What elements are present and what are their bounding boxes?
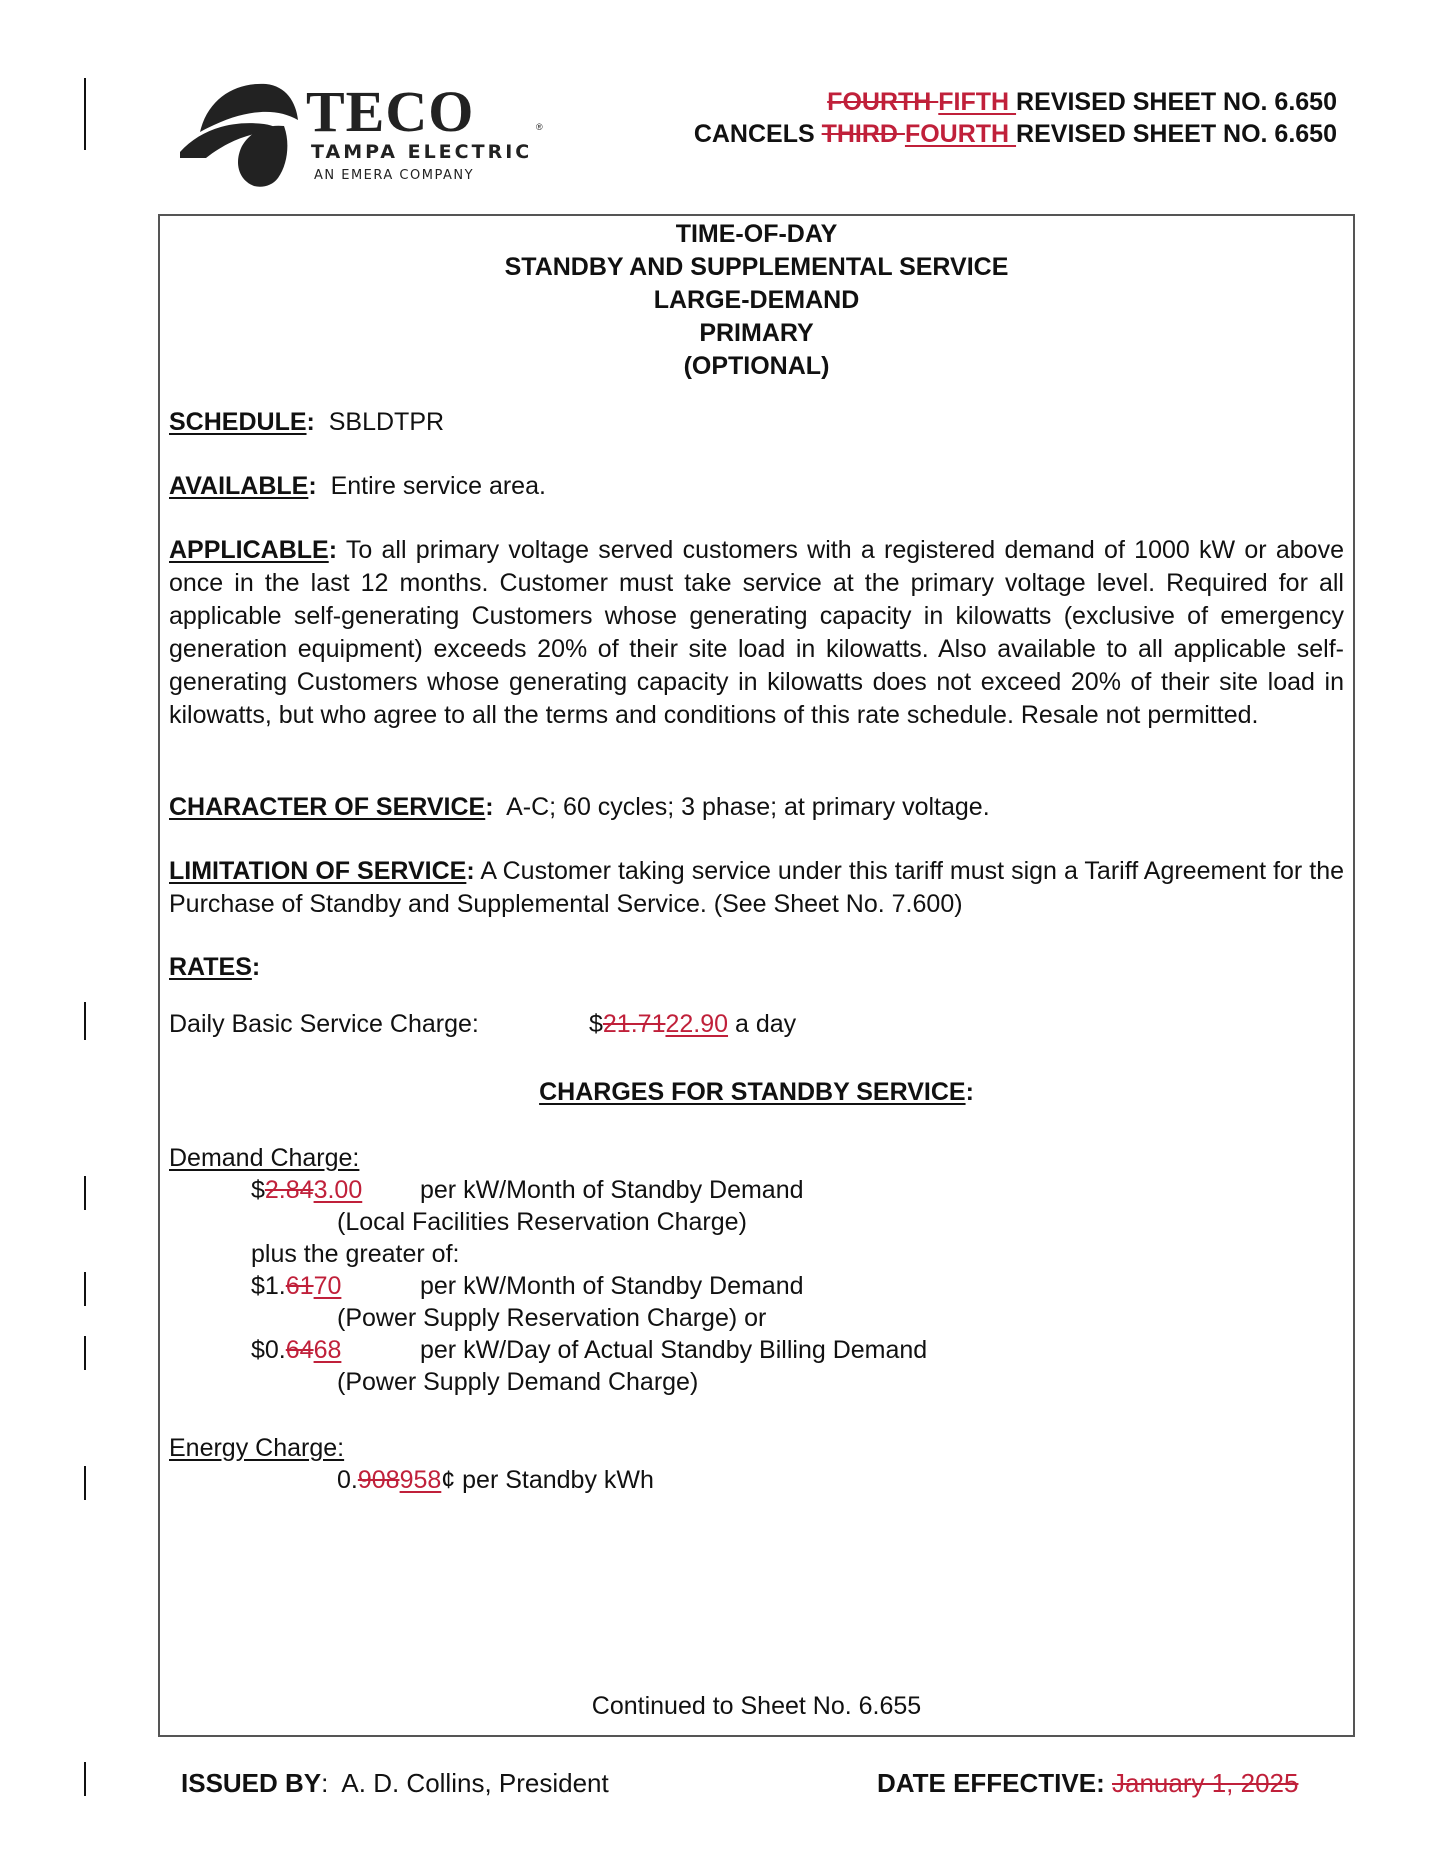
energy-charge-rate: 0.908958¢ per Standby kWh [337,1464,654,1497]
demand-charge-unit: per kW/Month of Standby Demand [420,1174,804,1207]
rate-prefix: $ [251,1176,265,1204]
deleted-text: 21.71 [603,1010,666,1038]
change-bar [84,1762,86,1796]
power-supply-reservation-rate: $1.6170 [251,1270,341,1303]
schedule-label: SCHEDULE [169,408,307,436]
title-line: TIME-OF-DAY [158,218,1355,251]
applicable-section: APPLICABLE: To all primary voltage serve… [169,534,1344,732]
demand-charge-label: Demand Charge: [169,1142,359,1175]
deleted-text: 64 [286,1336,314,1364]
label-colon: : [252,953,260,981]
tariff-title: TIME-OF-DAY STANDBY AND SUPPLEMENTAL SER… [158,218,1355,383]
change-bar [84,1272,86,1306]
inserted-text: FIFTH [938,88,1016,116]
change-bar [84,78,86,150]
title-line: LARGE-DEMAND [158,284,1355,317]
brand-tagline: AN EMERA COMPANY [314,168,474,183]
teco-logo: TECO ® TAMPA ELECTRIC AN EMERA COMPANY [178,80,588,190]
inserted-text: 70 [314,1272,342,1300]
title-line: (OPTIONAL) [158,350,1355,383]
power-supply-demand-rate: $0.6468 [251,1334,341,1367]
change-bar [84,1002,86,1040]
rates-section: RATES: [169,951,1344,984]
demand-charge-rate: $2.843.00 [251,1174,362,1207]
deleted-text: FOURTH [827,88,938,116]
brand-subtitle: TAMPA ELECTRIC [311,141,532,163]
character-text: A-C; 60 cycles; 3 phase; at primary volt… [494,793,990,821]
issued-by-value: A. D. Collins, President [328,1768,608,1798]
limitation-section: LIMITATION OF SERVICE: A Customer taking… [169,855,1344,921]
change-bar [84,1466,86,1500]
available-section: AVAILABLE: Entire service area. [169,470,1344,503]
label-colon: : [308,472,316,500]
inserted-text: 68 [314,1336,342,1364]
power-supply-reservation-unit: per kW/Month of Standby Demand [420,1270,804,1303]
applicable-label: APPLICABLE [169,536,329,564]
issued-by-label: ISSUED BY [181,1768,321,1798]
power-supply-demand-desc: (Power Supply Demand Charge) [337,1366,698,1399]
label-colon: : [329,536,337,564]
applicable-text: To all primary voltage served customers … [169,536,1344,729]
standby-heading-text: CHARGES FOR STANDBY SERVICE [539,1078,965,1106]
rate-prefix: 0. [337,1466,358,1494]
issued-by: ISSUED BY: A. D. Collins, President [181,1768,609,1799]
daily-basic-label: Daily Basic Service Charge: [169,1008,479,1041]
character-label: CHARACTER OF SERVICE [169,793,485,821]
rates-label: RATES [169,953,252,981]
sheet-number-text: REVISED SHEET NO. 6.650 [1016,120,1337,148]
energy-charge-label: Energy Charge: [169,1432,344,1465]
inserted-text: 22.90 [665,1010,728,1038]
brand-name: TECO [306,82,474,142]
currency-symbol: $ [589,1010,603,1038]
sheet-number-text: REVISED SHEET NO. 6.650 [1016,88,1337,116]
deleted-text: THIRD [822,120,905,148]
continued-note: Continued to Sheet No. 6.655 [158,1692,1355,1721]
date-effective: DATE EFFECTIVE: January 1, 2025 [877,1768,1298,1799]
label-colon: : [966,1078,974,1106]
label-colon: : [485,793,493,821]
available-label: AVAILABLE [169,472,308,500]
teco-swoosh-icon [178,80,308,190]
change-bar [84,1336,86,1370]
inserted-text: 958 [400,1466,442,1494]
daily-basic-value: $21.7122.90 a day [589,1008,796,1041]
deleted-date: January 1, 2025 [1112,1768,1298,1798]
available-value: Entire service area. [317,472,546,500]
label-colon: : [466,857,474,885]
sheet-revision-line: FOURTH FIFTH REVISED SHEET NO. 6.650 [694,86,1337,118]
registered-mark: ® [536,122,543,132]
schedule-section: SCHEDULE: SBLDTPR [169,406,1344,439]
rate-prefix: $0. [251,1336,286,1364]
deleted-text: 61 [286,1272,314,1300]
greater-of-text: plus the greater of: [251,1238,459,1271]
power-supply-demand-unit: per kW/Day of Actual Standby Billing Dem… [420,1334,927,1367]
sheet-header: FOURTH FIFTH REVISED SHEET NO. 6.650 CAN… [694,86,1337,150]
label-colon: : [307,408,315,436]
character-section: CHARACTER OF SERVICE: A-C; 60 cycles; 3 … [169,791,1344,824]
sheet-cancels-line: CANCELS THIRD FOURTH REVISED SHEET NO. 6… [694,118,1337,150]
deleted-text: 2.84 [265,1176,314,1204]
limitation-label: LIMITATION OF SERVICE [169,857,466,885]
schedule-value: SBLDTPR [315,408,444,436]
value-suffix: a day [728,1010,796,1038]
rate-prefix: $1. [251,1272,286,1300]
title-line: STANDBY AND SUPPLEMENTAL SERVICE [158,251,1355,284]
change-bar [84,1176,86,1210]
power-supply-reservation-desc: (Power Supply Reservation Charge) or [337,1302,766,1335]
demand-charge-desc: (Local Facilities Reservation Charge) [337,1206,747,1239]
date-effective-label: DATE EFFECTIVE: [877,1768,1105,1798]
standby-charges-heading: CHARGES FOR STANDBY SERVICE: [158,1078,1355,1107]
deleted-text: 908 [358,1466,400,1494]
value-suffix: ¢ per Standby kWh [441,1466,654,1494]
inserted-text: FOURTH [905,120,1016,148]
inserted-text: 3.00 [314,1176,363,1204]
cancels-prefix: CANCELS [694,120,822,148]
title-line: PRIMARY [158,317,1355,350]
